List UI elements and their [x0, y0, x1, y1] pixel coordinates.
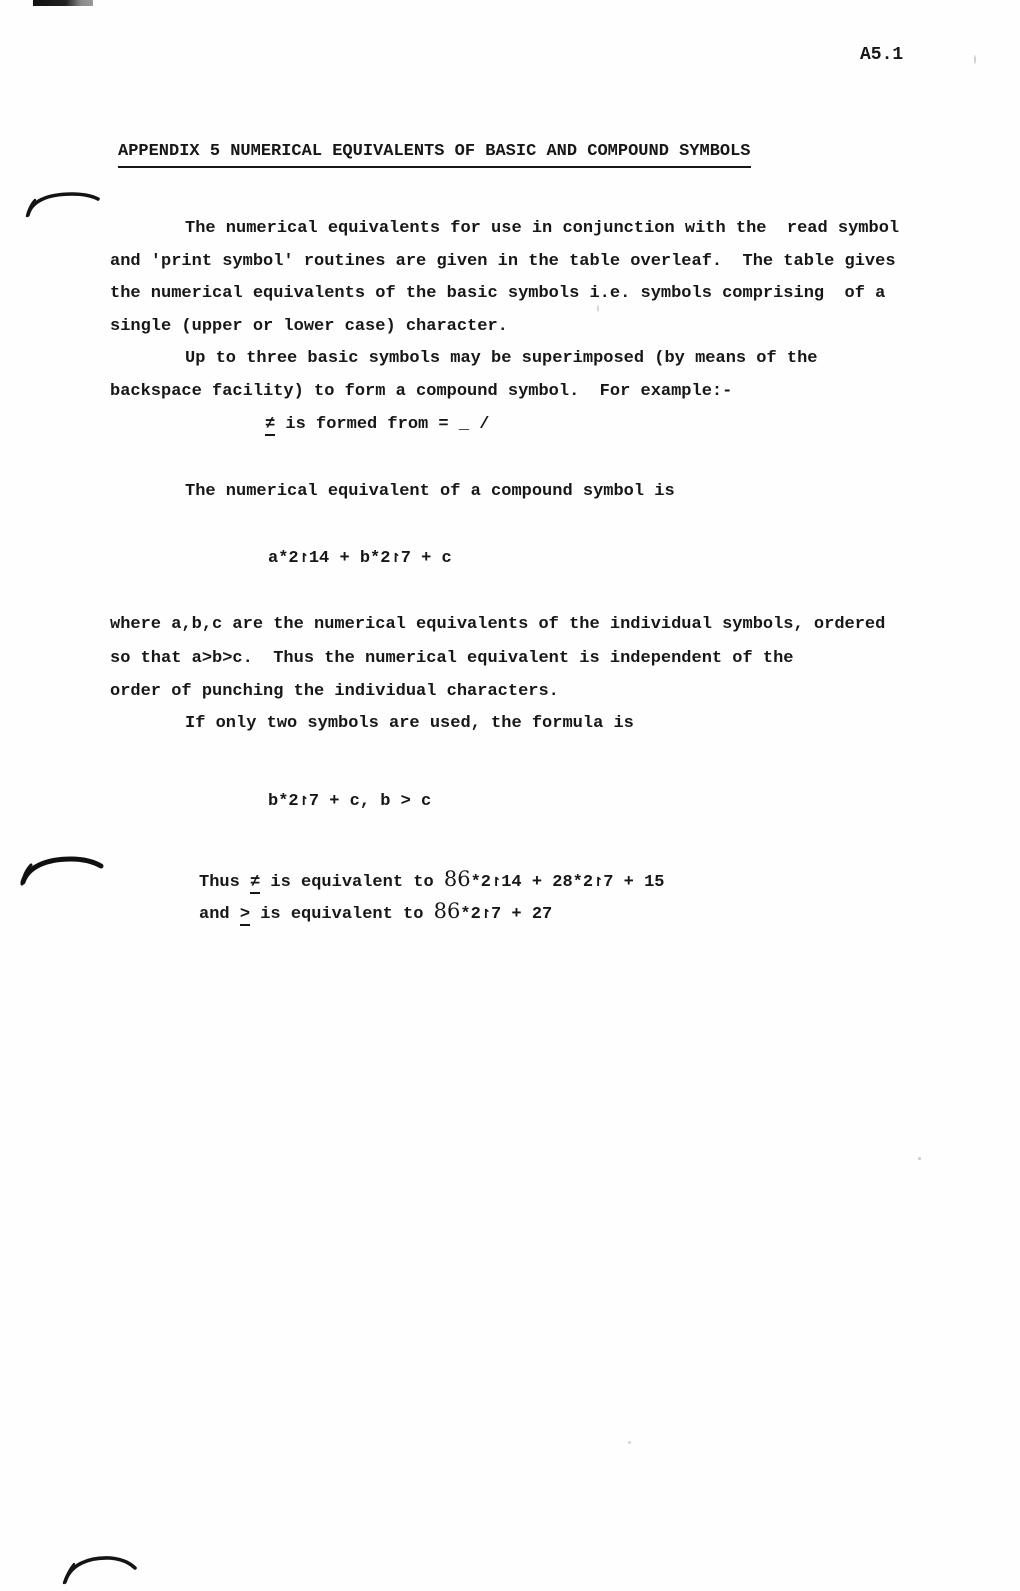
paragraph-line: order of punching the individual charact…: [110, 681, 559, 702]
document-page: A5.1 APPENDIX 5 NUMERICAL EQUIVALENTS OF…: [0, 0, 1020, 1591]
and-rest: *2↾7 + 27: [460, 905, 552, 924]
paragraph-line: The numerical equivalent of a compound s…: [185, 481, 675, 502]
example-text: is formed from = _ /: [275, 415, 489, 434]
scan-speck: [918, 1157, 921, 1160]
inserted-number: 86: [444, 867, 471, 891]
appendix-title: APPENDIX 5 NUMERICAL EQUIVALENTS OF BASI…: [118, 141, 751, 168]
equivalence-line-1: Thus ≠ is equivalent to 86*2↾14 + 28*2↾7…: [199, 866, 665, 893]
thus-prefix: Thus: [199, 873, 250, 892]
inserted-number: 86: [434, 899, 461, 923]
equivalence-line-2: and > is equivalent to 86*2↾7 + 27: [199, 898, 552, 925]
paragraph-line: Up to three basic symbols may be superim…: [185, 348, 818, 369]
compound-symbol: ≠: [250, 873, 260, 894]
paragraph-line: single (upper or lower case) character.: [110, 316, 508, 337]
paragraph-line: The numerical equivalents for use in con…: [185, 218, 899, 239]
paragraph-line: where a,b,c are the numerical equivalent…: [110, 614, 885, 635]
handwritten-mark: [22, 188, 106, 222]
example-line: ≠ is formed from = _ /: [265, 414, 489, 435]
scan-speck: [628, 1441, 631, 1444]
paragraph-line: the numerical equivalents of the basic s…: [110, 283, 885, 304]
page-number: A5.1: [860, 44, 903, 67]
thus-rest: *2↾14 + 28*2↾7 + 15: [471, 873, 665, 892]
scan-speck: [974, 55, 976, 64]
formula-compound: a*2↾14 + b*2↾7 + c: [268, 548, 452, 569]
paragraph-line: and 'print symbol' routines are given in…: [110, 251, 896, 272]
paragraph-line: so that a>b>c. Thus the numerical equiva…: [110, 648, 794, 669]
scan-speck: [597, 305, 599, 312]
handwritten-mark: [58, 1552, 142, 1588]
compound-symbol: ≠: [265, 415, 275, 436]
thus-mid: is equivalent to: [260, 873, 444, 892]
paragraph-line: backspace facility) to form a compound s…: [110, 381, 732, 402]
and-prefix: and: [199, 905, 240, 924]
scan-smudge: [33, 0, 93, 6]
handwritten-mark: [16, 852, 108, 890]
paragraph-line: If only two symbols are used, the formul…: [185, 713, 634, 734]
formula-two-symbols: b*2↾7 + c, b > c: [268, 791, 431, 812]
and-mid: is equivalent to: [250, 905, 434, 924]
greater-equal-symbol: >: [240, 905, 250, 926]
